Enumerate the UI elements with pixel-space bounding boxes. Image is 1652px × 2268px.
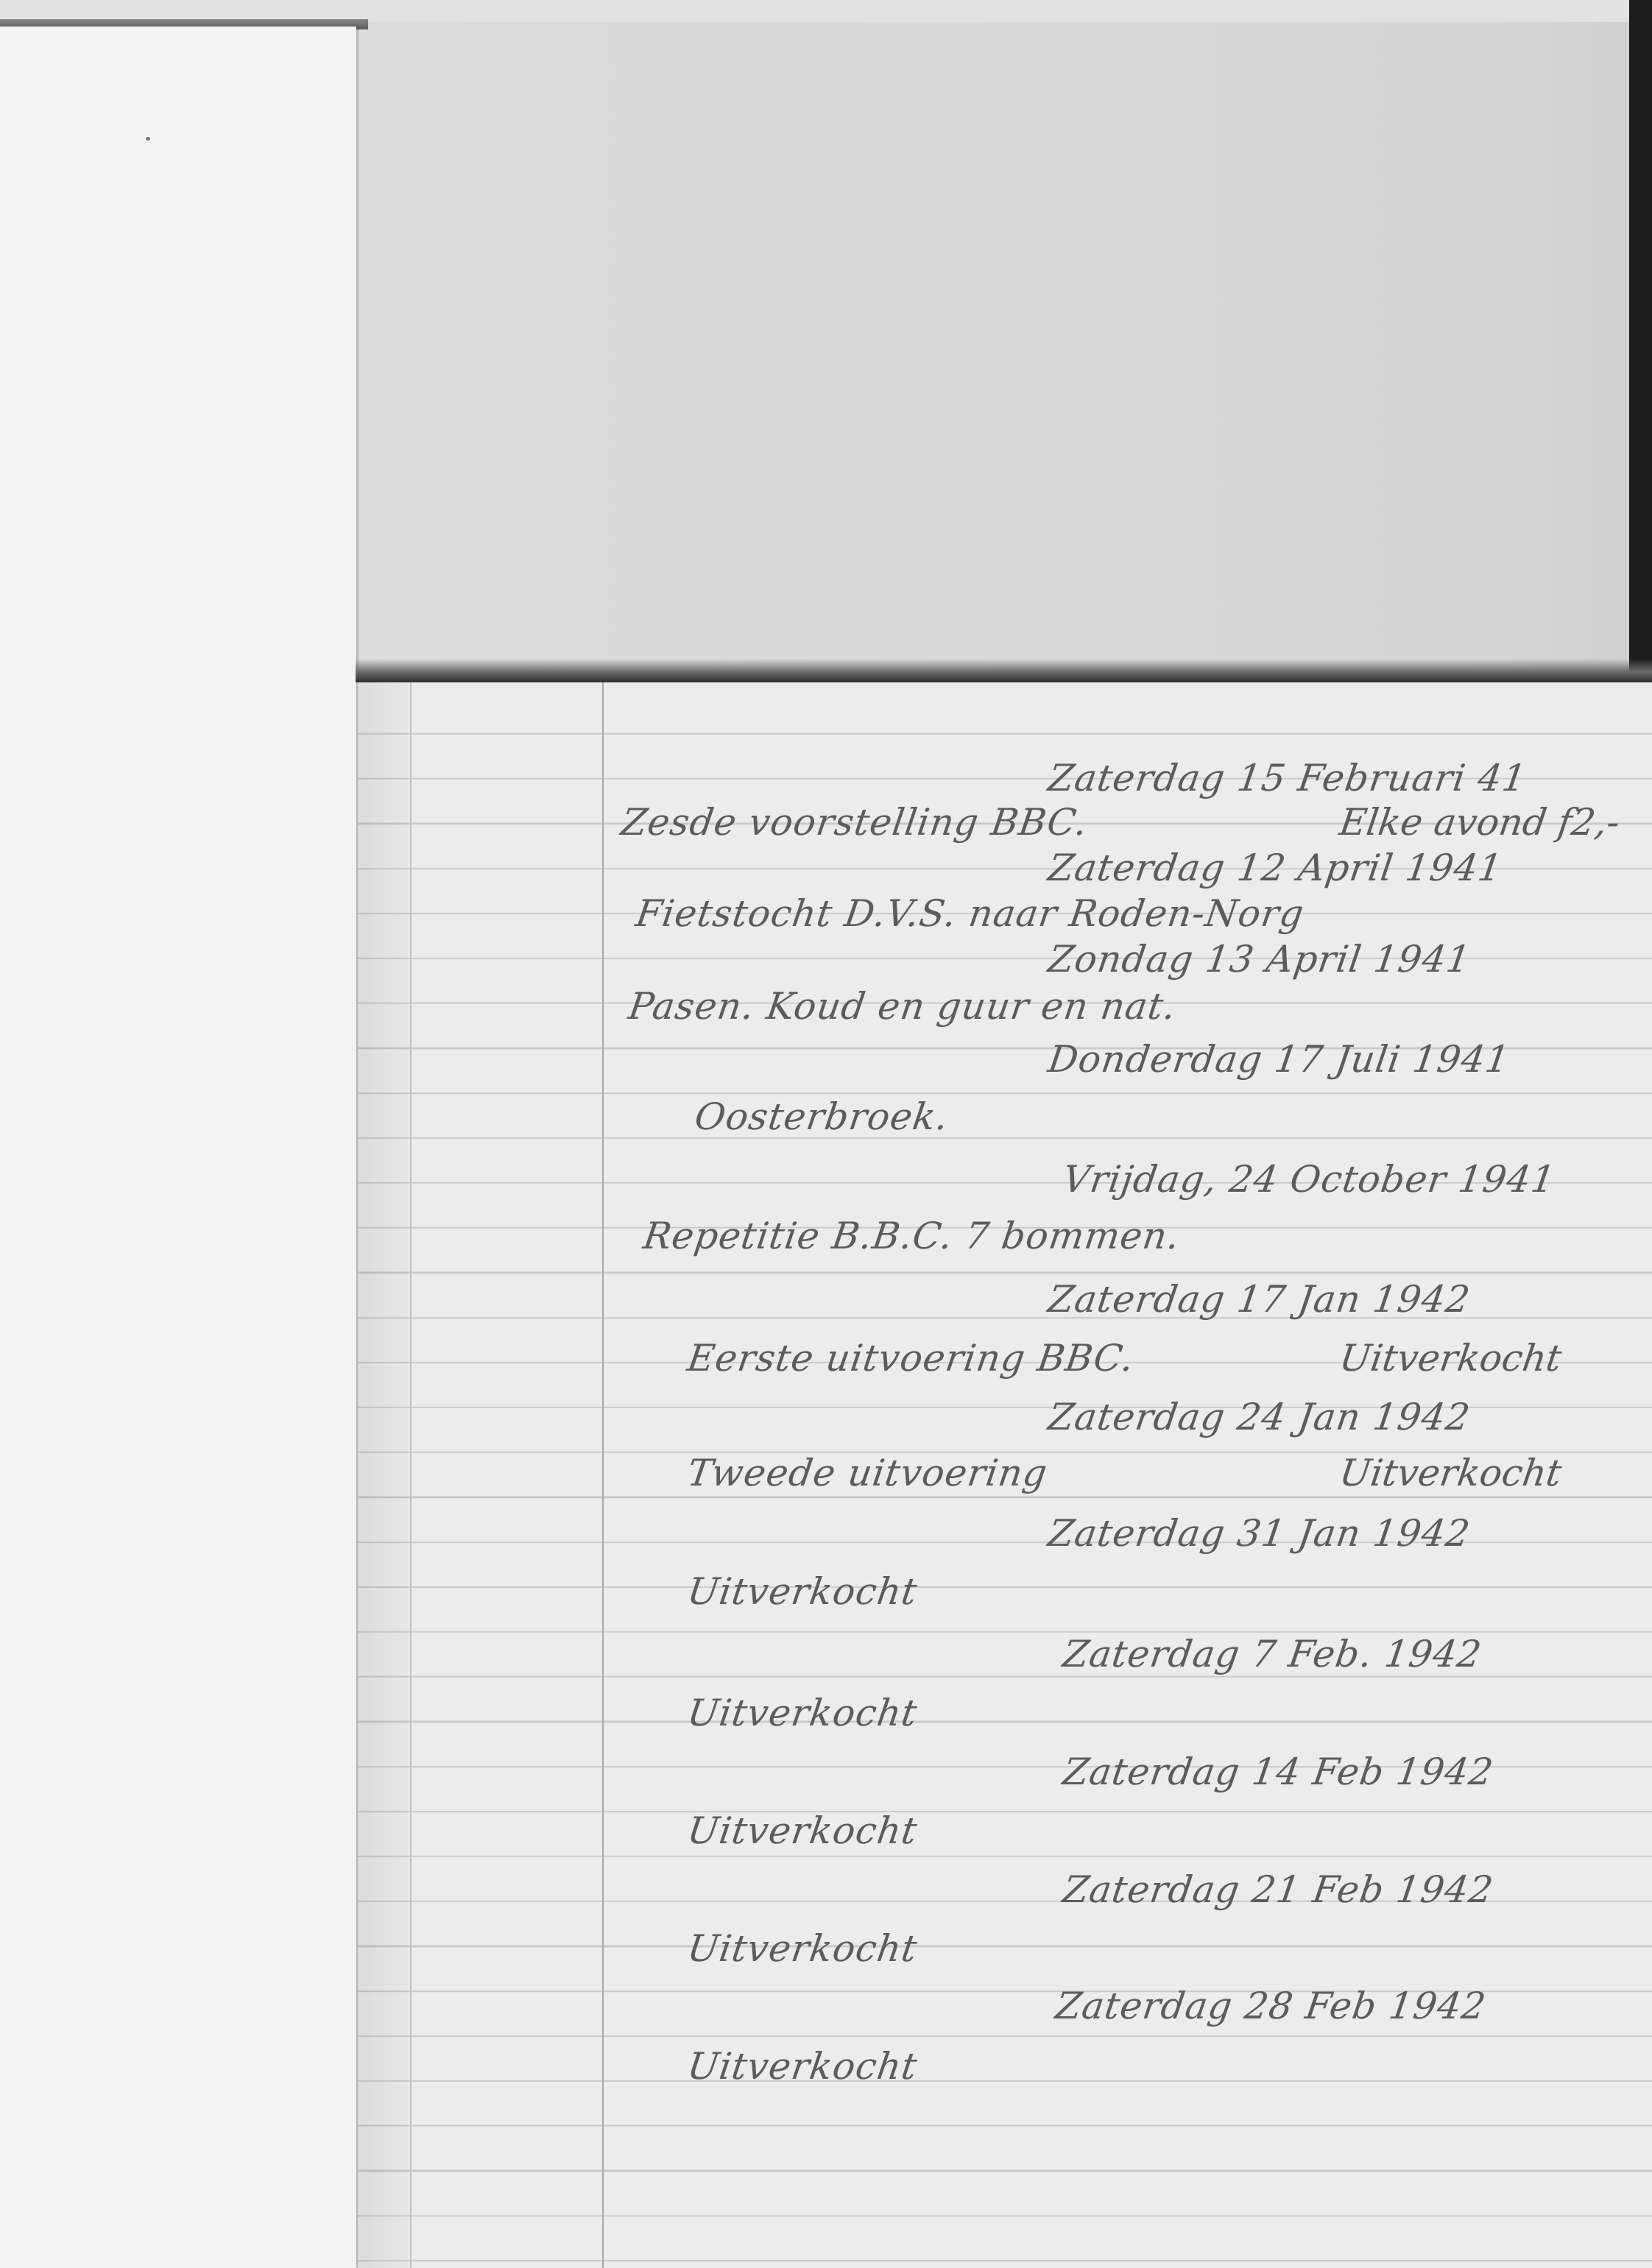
- entry-date: Zaterdag 17 Jan 1942: [1045, 1277, 1473, 1321]
- handwritten-entries: Zaterdag 15 Februari 41 Zesde voorstelli…: [604, 682, 1634, 2268]
- entry-note: Tweede uitvoering: [685, 1451, 1051, 1495]
- entry-date: Zondag 13 April 1941: [1045, 937, 1474, 981]
- entry-date: Zaterdag 21 Feb 1942: [1060, 1868, 1496, 1912]
- entry-note: Uitverkocht: [685, 1809, 920, 1853]
- notebook-spine-shade: [358, 682, 409, 2268]
- entry-date: Zaterdag 28 Feb 1942: [1053, 1984, 1489, 2028]
- entry-date: Zaterdag 7 Feb. 1942: [1060, 1632, 1485, 1676]
- entry-note: Repetitie B.B.C. 7 bommen.: [640, 1214, 1183, 1258]
- entry-date: Zaterdag 15 Februari 41: [1045, 756, 1530, 800]
- blank-left-sheet: [0, 27, 356, 2268]
- entry-note: Zesde voorstelling BBC.: [618, 800, 1090, 844]
- scanner-right-edge: [1629, 0, 1652, 681]
- entry-date: Donderdag 17 Juli 1941: [1045, 1037, 1513, 1081]
- entry-note: Uitverkocht: [685, 1926, 920, 1971]
- entry-note: Oosterbroek.: [692, 1095, 952, 1139]
- entry-note: Eerste uitvoering BBC.: [685, 1336, 1137, 1380]
- entry-date: Zaterdag 31 Jan 1942: [1045, 1511, 1473, 1555]
- paper-speck: [146, 137, 150, 141]
- entry-note-right: Uitverkocht: [1337, 1336, 1564, 1380]
- entry-note: Fietstocht D.V.S. naar Roden-Norg: [633, 891, 1307, 936]
- entry-date: Zaterdag 12 April 1941: [1045, 846, 1505, 890]
- entry-note: Uitverkocht: [685, 2044, 920, 2088]
- entry-note: Uitverkocht: [685, 1569, 920, 1614]
- notebook-top-shadow: [356, 659, 1652, 682]
- entry-date: Vrijdag, 24 October 1941: [1060, 1157, 1559, 1201]
- entry-date: Zaterdag 14 Feb 1942: [1060, 1750, 1496, 1794]
- notebook-fold-line: [410, 682, 412, 2268]
- entry-note: Uitverkocht: [685, 1691, 920, 1735]
- entry-note: Pasen. Koud en guur en nat.: [626, 984, 1179, 1028]
- entry-note-right: Elke avond f2,-: [1337, 800, 1623, 844]
- entry-date: Zaterdag 24 Jan 1942: [1045, 1395, 1473, 1439]
- entry-note-right: Uitverkocht: [1337, 1451, 1564, 1495]
